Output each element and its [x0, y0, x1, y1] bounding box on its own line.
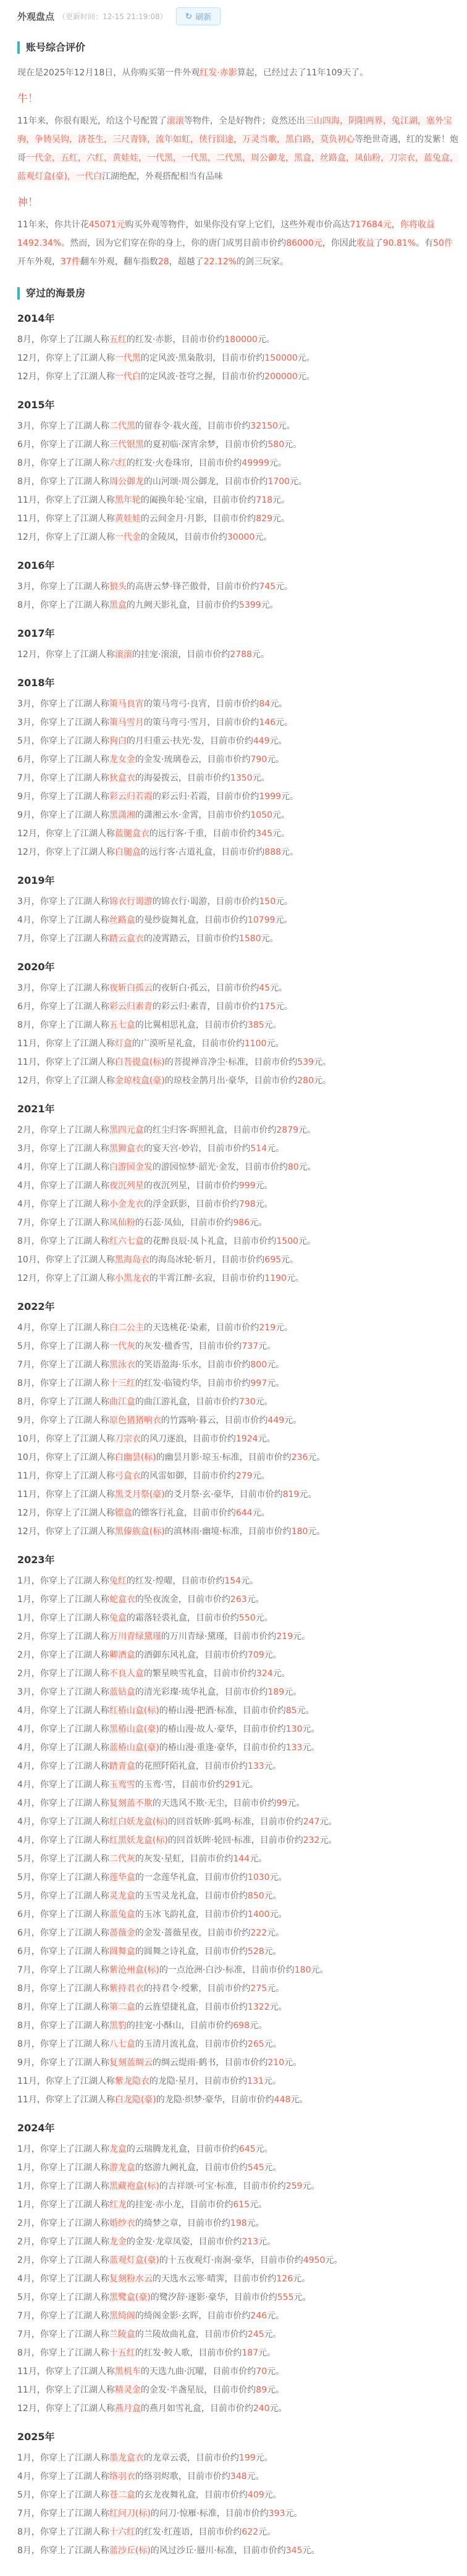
entry-alias: 蓝观灯盒(豪) [109, 2255, 159, 2265]
entry-suffix: 元。 [258, 2237, 276, 2247]
entry-alias: 踏云盒衣 [109, 934, 144, 944]
highlight-text: 50件 [433, 238, 453, 248]
outfit-entry: 5月，你穿上了江湖人称一代灰的灰发·楹香雪，目前市价约737元。 [17, 1337, 461, 1356]
entry-alias: 一代白 [115, 372, 141, 382]
entry-prefix: 6月，你穿上了江湖人称 [17, 1928, 109, 1938]
entry-suffix: 元。 [294, 2293, 311, 2302]
highlight-text: 一代金，五红，六红，黄娃娃，一代黑，一代黑，二代黑，周公御龙，黑盒，丝路盒，凤仙… [17, 153, 458, 182]
section-title-evaluation: 账号综合评价 [17, 41, 461, 54]
outfit-entry: 1月，你穿上了江湖人称墨龙盒衣的龙章云裘，目前市价约199元。 [17, 2449, 461, 2467]
entry-price: 144 [233, 1854, 250, 1864]
entry-suffix: 元。 [264, 1761, 282, 1771]
entry-item: 的锦衣行·谒游，目前市价约 [153, 897, 259, 907]
entry-suffix: 元。 [303, 1743, 320, 1753]
year-heading: 2023年 [17, 1551, 461, 1569]
entry-item: 的策马弯弓·雪月，目前市价约 [144, 718, 259, 728]
outfit-entry: 4月，你穿上了江湖人称红黑妖龙盒(标)的回首妖眸·轮回·标准，目前市价约232元… [17, 1831, 461, 1850]
entry-suffix: 元。 [255, 532, 272, 542]
entry-item: 的海晏拨云，目前市价约 [135, 773, 230, 783]
entry-suffix: 元。 [261, 934, 279, 944]
entry-item: 的回首妖眸·轮回·标准，目前市价约 [168, 1836, 303, 1845]
outfit-entry: 1月，你穿上了江湖人称红龙的挂宠·赤小龙，目前市价约615元。 [17, 2196, 461, 2214]
entry-item: 的定风波·苍穹之握，目前市价约 [141, 372, 264, 382]
entry-item: 的凌霄踏云，目前市价约 [144, 934, 239, 944]
entry-suffix: 元。 [293, 2274, 310, 2284]
outfit-entry: 7月，你穿上了江湖人称紫沧州盒(标)的一点沧洲·白沙·标准，目前市价约180元。 [17, 1961, 461, 1979]
entry-prefix: 4月，你穿上了江湖人称 [17, 1706, 109, 1716]
entry-prefix: 7月，你穿上了江湖人称 [17, 1965, 109, 1975]
year-entries: 3月，你穿上了江湖人称二代黑的留春令·栽火莲，目前市价约32150元。 6月，你… [17, 417, 461, 547]
entry-suffix: 元。 [266, 1039, 284, 1049]
entry-alias: 龙金 [109, 2237, 127, 2247]
entry-alias: 十五红 [109, 2348, 135, 2358]
outfit-entry: 1月，你穿上了江湖人称蛇盒衣的坠夜流金，目前市价约263元。 [17, 1590, 461, 1609]
entry-price: 85 [286, 1706, 297, 1716]
entry-suffix: 元。 [270, 2002, 287, 2012]
outfit-entry: 3月，你穿上了江湖人称黑狮盒衣的宴天宫·妙岩，目前市价约514元。 [17, 1139, 461, 1158]
plain-text: 11年来，你共计花 [17, 220, 89, 230]
entry-prefix: 4月，你穿上了江湖人称 [17, 1724, 109, 1734]
outfit-entry: 4月，你穿上了江湖人称黑椿山盒(豪)的椿山漫·故人·豪华，目前市价约130元。 [17, 1720, 461, 1739]
entry-prefix: 4月，你穿上了江湖人称 [17, 1181, 109, 1191]
entry-price: 5399 [239, 600, 261, 610]
entry-item: 的玉冰飞韵礼盒，目前市价约 [135, 1910, 248, 1919]
entry-price: 210 [267, 2058, 284, 2068]
entry-item: 的一念莲华礼盒，目前市价约 [135, 1873, 248, 1882]
entry-alias: 十三红 [109, 1378, 135, 1388]
entry-alias: 圆舞盒 [109, 1947, 135, 1957]
entry-item: 的天选风不欺·无尘，目前市价约 [153, 1798, 276, 1808]
outfit-entry: 8月，你穿上了江湖人称曲江盒的曲江游礼盒，目前市价约730元。 [17, 1393, 461, 1411]
entry-price: 539 [297, 1057, 314, 1067]
outfit-entry: 4月，你穿上了江湖人称踏青盒的花照阡陌礼盒，目前市价约133元。 [17, 1757, 461, 1776]
entry-price: 4950 [303, 2255, 326, 2265]
entry-suffix: 元。 [284, 2058, 301, 2068]
year-section: 2021年 2月，你穿上了江湖人称黑四元盒的红尘归客·晖照礼盒，目前市价约287… [17, 1100, 461, 1288]
entry-prefix: 4月，你穿上了江湖人称 [17, 2274, 109, 2284]
outfit-entry: 1月，你穿上了江湖人称黑藏袍盒(标)的吉祥颂·可宝·标准，目前市价约259元。 [17, 2177, 461, 2196]
entry-suffix: 元。 [270, 2404, 287, 2414]
entry-price: 89 [256, 2385, 267, 2395]
plain-text: 开车外观， [17, 257, 61, 267]
entry-price: 187 [242, 2348, 258, 2358]
highlight-text: 28 [158, 257, 169, 267]
entry-alias: 紫龙隐衣 [115, 2076, 149, 2086]
entry-item: 的十五夜观灯·南涧·豪华，目前市价约 [159, 2255, 303, 2265]
entry-item: 的挂宠·滚滚，目前市价约 [132, 650, 230, 660]
entry-alias: 弓盒衣 [115, 1471, 141, 1481]
entry-prefix: 1月，你穿上了江湖人称 [17, 2453, 109, 2463]
entry-item: 的椿山漫·把酒·标准，目前市价约 [159, 1706, 286, 1716]
entry-price: 449 [267, 1416, 284, 1425]
entry-alias: 白龙隐(豪) [115, 2095, 156, 2105]
entry-suffix: 元。 [264, 2490, 282, 2500]
entry-suffix: 元。 [270, 1910, 287, 1919]
entry-price: 1100 [245, 1039, 267, 1049]
entry-alias: 黑盒 [109, 600, 127, 610]
entry-item: 的红发·赤影，目前市价约 [127, 335, 224, 345]
entry-item: 的问刀·惊雁·标准，目前市价约 [151, 2509, 269, 2519]
outfit-entry: 8月，你穿上了江湖人称黑盒的九阙天影礼盒，目前市价约5399元。 [17, 596, 461, 615]
page-header: 外观盘点 （更新时间：12-15 21:19:08） ↻ 刷新 [17, 7, 461, 25]
entry-item: 的宴天宫·妙岩，目前市价约 [144, 1144, 250, 1154]
outfit-entry: 11月，你穿上了江湖人称精灵金的金发·半盏星辰，目前市价约89元。 [17, 2381, 461, 2399]
entry-prefix: 3月，你穿上了江湖人称 [17, 699, 109, 709]
outfit-entry: 12月，你穿上了江湖人称滚滚的挂宠·滚滚，目前市价约2788元。 [17, 645, 461, 664]
entry-item: 的金发·琉璃卷云，目前市价约 [135, 755, 250, 765]
entry-price: 154 [224, 1576, 241, 1586]
entry-alias: 莲华盒 [109, 1873, 135, 1882]
entry-suffix: 元。 [293, 1632, 310, 1642]
outfit-entry: 10月，你穿上了江湖人称刀宗衣的风刀逐浪，目前市价约1924元。 [17, 1430, 461, 1448]
outfit-entry: 12月，你穿上了江湖人称黑傣族盒(标)的滇林雨·幽境·标准，目前市价约180元。 [17, 1522, 461, 1541]
entry-suffix: 元。 [314, 1057, 331, 1067]
entry-suffix: 元。 [267, 2385, 284, 2395]
outfit-entry: 3月，你穿上了江湖人称蓝钻盒的清光彩璨·琉华礼盒，目前市价约189元。 [17, 1683, 461, 1701]
entry-alias: 蔷薇金 [109, 1928, 135, 1938]
entry-suffix: 元。 [258, 1341, 276, 1351]
outfit-entry: 11月，你穿上了江湖人称灯盒的广漠听星礼盒，目前市价约1100元。 [17, 1034, 461, 1053]
entry-alias: 卿酒盒 [109, 1650, 135, 1660]
plain-text: 现在是2025年12月18日，从你购买第一件外观 [17, 68, 200, 78]
entry-item: 的九阙天影礼盒，目前市价约 [127, 600, 239, 610]
outfit-entry: 1月，你穿上了江湖人称兔盒的霜落轻裘礼盒，目前市价约550元。 [17, 1609, 461, 1627]
entry-alias: 原色猪猪响衣 [109, 1416, 161, 1425]
entry-price: 790 [250, 755, 267, 765]
entry-item: 的海岛冰轮·斩月，目前市价约 [149, 1255, 264, 1265]
entry-suffix: 元。 [250, 2200, 267, 2210]
entry-price: 324 [256, 1669, 273, 1679]
entry-prefix: 12月，你穿上了江湖人称 [17, 1508, 115, 1518]
entry-price: 1030 [248, 1873, 270, 1882]
section-title-worn: 穿过的海景房 [17, 287, 461, 300]
entry-alias: 一代灰 [109, 1341, 135, 1351]
entry-alias: 金琼枝盒(豪) [115, 1076, 165, 1086]
entry-item: 的圆舞之诗礼盒，目前市价约 [135, 1947, 248, 1957]
year-heading: 2015年 [17, 396, 461, 414]
entry-item: 的燕月如雪礼盒，目前市价约 [141, 2404, 253, 2414]
year-section: 2016年 3月，你穿上了江湖人称狼头的高唐云梦·锋芒傲骨，目前市价约745元。… [17, 556, 461, 615]
outfit-entry: 1月，你穿上了江湖人称兔红的红发·煌曜，目前市价约154元。 [17, 1572, 461, 1590]
entry-price: 622 [242, 2527, 258, 2537]
entry-suffix: 元。 [311, 1965, 329, 1975]
entry-alias: 玉鸾雪 [109, 1780, 135, 1790]
entry-item: 的兰陵故曲礼盒，目前市价约 [135, 2330, 248, 2339]
entry-alias: 黑机车 [115, 2367, 141, 2377]
entry-prefix: 1月，你穿上了江湖人称 [17, 2181, 109, 2191]
outfit-entry: 4月，你穿上了江湖人称小金龙衣的浮金跃影，目前市价约798元。 [17, 1195, 461, 1214]
entry-price: 528 [248, 1947, 264, 1957]
entry-prefix: 5月，你穿上了江湖人称 [17, 1854, 109, 1864]
entry-price: 246 [250, 2311, 267, 2321]
entry-suffix: 元。 [299, 1490, 316, 1500]
plain-text: 江湖绝配，外观搭配相当有品味 [102, 172, 223, 182]
outfit-entry: 11月，你穿上了江湖人称黑年轮的阖换年轮·宝扇，目前市价约718元。 [17, 491, 461, 510]
entry-suffix: 元。 [320, 1817, 337, 1827]
year-section: 2023年 1月，你穿上了江湖人称兔红的红发·煌曜，目前市价约154元。 1月，… [17, 1551, 461, 2109]
year-heading: 2017年 [17, 624, 461, 643]
entry-item: 的远行客·千重，目前市价约 [149, 829, 256, 839]
outfit-entry: 5月，你穿上了江湖人称狗白的月归重云·扶光·发，目前市价约449元。 [17, 732, 461, 750]
entry-alias: 精灵金 [115, 2385, 141, 2395]
entry-prefix: 4月，你穿上了江湖人称 [17, 1323, 109, 1333]
entry-item: 的回首妖眸·狐鸣·标准，目前市价约 [168, 1817, 303, 1827]
entry-item: 的阖换年轮·宝扇，目前市价约 [141, 495, 256, 505]
entry-item: 的爻月祭·玄·豪华，目前市价约 [165, 1490, 283, 1500]
year-section: 2017年 12月，你穿上了江湖人称滚滚的挂宠·滚滚，目前市价约2788元。 [17, 624, 461, 664]
outfit-entry: 5月，你穿上了江湖人称黑鹭盒(豪)的鹭汐辞·逐影·豪华，目前市价约555元。 [17, 2288, 461, 2307]
entry-price: 99 [276, 1798, 287, 1808]
entry-alias: 红白妖龙盒(标) [109, 1817, 168, 1827]
entry-prefix: 7月，你穿上了江湖人称 [17, 1218, 109, 1228]
entry-prefix: 3月，你穿上了江湖人称 [17, 983, 109, 993]
entry-prefix: 2月，你穿上了江湖人称 [17, 2218, 109, 2228]
entry-prefix: 3月，你穿上了江湖人称 [17, 1687, 109, 1697]
outfit-entry: 11月，你穿上了江湖人称黑爻月祭(豪)的爻月祭·玄·豪华，目前市价约819元。 [17, 1485, 461, 1504]
entry-alias: 夜斩白孤云 [109, 983, 153, 993]
entry-alias: 狼头 [109, 582, 127, 592]
entry-prefix: 8月，你穿上了江湖人称 [17, 1236, 109, 1246]
entry-prefix: 8月，你穿上了江湖人称 [17, 2002, 109, 2012]
entry-alias: 红黑妖龙盒(标) [109, 1836, 168, 1845]
entry-alias: 狄盒衣 [109, 773, 135, 783]
entry-item: 的花照阡陌礼盒，目前市价约 [135, 1761, 248, 1771]
entry-alias: 五七盒 [109, 1020, 135, 1030]
entry-alias: 蛇盒衣 [109, 1595, 135, 1605]
entry-prefix: 8月，你穿上了江湖人称 [17, 600, 109, 610]
entry-item: 的金发·龙章凤姿，目前市价约 [127, 2237, 242, 2247]
entry-suffix: 元。 [253, 1471, 270, 1481]
entry-price: 1350 [230, 773, 253, 783]
entry-suffix: 元。 [314, 1076, 331, 1086]
outfit-entry: 8月，你穿上了江湖人称第二盒的云旌望捷礼盒，目前市价约1322元。 [17, 1998, 461, 2016]
entry-item: 的吉祥颂·可宝·标准，目前市价约 [159, 2181, 286, 2191]
entry-alias: 游龙盒 [109, 2163, 135, 2173]
entry-suffix: 元。 [267, 2311, 284, 2321]
entry-suffix: 元。 [256, 2144, 273, 2154]
outfit-entry: 6月，你穿上了江湖人称彩云归素青的彩云归·素青，目前市价约175元。 [17, 997, 461, 1016]
entry-prefix: 1月，你穿上了江湖人称 [17, 2144, 109, 2154]
entry-item: 的天选九曲·沉曜，目前市价约 [141, 2367, 256, 2377]
entry-item: 的广漠听星礼盒，目前市价约 [132, 1039, 245, 1049]
entry-alias: 策马良宵 [109, 699, 144, 709]
evaluation-intro: 现在是2025年12月18日，从你购买第一件外观红发·赤影算起，已经过去了11年… [17, 64, 461, 82]
entry-suffix: 元。 [275, 915, 292, 925]
entry-price: 997 [250, 1378, 267, 1388]
entry-alias: 婚纱衣 [109, 2218, 135, 2228]
entry-price: 1500 [276, 1236, 298, 1246]
entry-suffix: 元。 [258, 1434, 275, 1444]
year-heading: 2018年 [17, 674, 461, 692]
entry-item: 的龙隐·织梦·豪华，目前市价约 [156, 2095, 274, 2105]
outfit-entry: 4月，你穿上了江湖人称白二公主的天选桃花·染素，目前市价约219元。 [17, 1319, 461, 1337]
entry-price: 275 [250, 1984, 267, 1994]
outfit-entry: 12月，你穿上了江湖人称蓝腿盒衣的远行客·千重，目前市价约345元。 [17, 824, 461, 843]
entry-price: 245 [248, 2330, 264, 2339]
outfit-entry: 4月，你穿上了江湖人称复刻蓝不欺的天选风不欺·无尘，目前市价约99元。 [17, 1794, 461, 1813]
entry-item: 的琼枝金鹊月出·豪华，目前市价约 [165, 1076, 297, 1086]
entry-prefix: 8月，你穿上了江湖人称 [17, 2348, 109, 2358]
entry-item: 的万川青绿·黛瑾，目前市价约 [161, 1632, 276, 1642]
entry-price: 10799 [248, 915, 276, 925]
plain-text: 了 [374, 238, 383, 248]
entry-prefix: 12月，你穿上了江湖人称 [17, 650, 115, 660]
outfit-entry: 7月，你穿上了江湖人称红问刀(标)的问刀·惊雁·标准，目前市价约393元。 [17, 2504, 461, 2523]
entry-suffix: 元。 [320, 1836, 337, 1845]
entry-suffix: 元。 [284, 1416, 301, 1425]
entry-price: 850 [248, 1891, 264, 1901]
entry-alias: 墨龙盒衣 [109, 2453, 144, 2463]
entry-prefix: 2月，你穿上了江湖人称 [17, 1650, 109, 1660]
refresh-button[interactable]: ↻ 刷新 [176, 7, 221, 25]
entry-prefix: 8月，你穿上了江湖人称 [17, 1020, 109, 1030]
entry-price: 345 [286, 2546, 303, 2556]
entry-prefix: 5月，你穿上了江湖人称 [17, 1891, 109, 1901]
entry-price: 200000 [264, 372, 297, 382]
entry-price: 133 [286, 1743, 303, 1753]
entry-price: 718 [256, 495, 272, 505]
entry-alias: 不良人盒 [109, 1669, 144, 1679]
year-section: 2019年 3月，你穿上了江湖人称锦衣行谒游的锦衣行·谒游，目前市价约150元。… [17, 871, 461, 948]
entry-alias: 灯盒 [115, 1039, 132, 1049]
entry-prefix: 4月，你穿上了江湖人称 [17, 1836, 109, 1845]
entry-suffix: 元。 [272, 810, 290, 820]
entry-alias: 万川青绿黛瑾 [109, 1632, 161, 1642]
entry-prefix: 1月，你穿上了江湖人称 [17, 1595, 109, 1605]
refresh-icon: ↻ [185, 12, 193, 21]
highlight-text: 717684元 [350, 220, 391, 230]
outfit-entry: 2月，你穿上了江湖人称万川青绿黛瑾的万川青绿·黛瑾，目前市价约219元。 [17, 1627, 461, 1646]
outfit-entry: 9月，你穿上了江湖人称黑潇湘的潇湘云水·金霄，目前市价约1050元。 [17, 806, 461, 824]
outfit-entry: 2月，你穿上了江湖人称不良人盒的繁星映雪礼盒，目前市价约324元。 [17, 1664, 461, 1683]
entry-prefix: 12月，你穿上了江湖人称 [17, 353, 115, 363]
entry-alias: 龙女金 [109, 755, 135, 765]
entry-prefix: 5月，你穿上了江湖人称 [17, 2490, 109, 2500]
entry-suffix: 元。 [264, 2163, 282, 2173]
entry-suffix: 元。 [298, 1125, 316, 1135]
outfit-entry: 3月，你穿上了江湖人称策马雪月的策马弯弓·雪月，目前市价约146元。 [17, 713, 461, 732]
outfit-inventory-page: 外观盘点 （更新时间：12-15 21:19:08） ↻ 刷新 账号综合评价 现… [0, 0, 467, 2576]
entry-prefix: 4月，你穿上了江湖人称 [17, 1798, 109, 1808]
entry-prefix: 8月，你穿上了江湖人称 [17, 477, 109, 487]
outfit-entry: 11月，你穿上了江湖人称白龙隐(豪)的龙隐·织梦·豪华，目前市价约448元。 [17, 2091, 461, 2109]
year-heading: 2020年 [17, 958, 461, 976]
entry-alias: 兰陵盒 [109, 2330, 135, 2339]
entry-alias: 狗白 [109, 736, 127, 746]
entry-price: 219 [276, 1632, 293, 1642]
outfit-entry: 12月，你穿上了江湖人称小黑龙衣的半霄江醉·玄寂，目前市价约1190元。 [17, 1269, 461, 1288]
entry-item: 的花醉良辰·凤卜礼盒，目前市价约 [144, 1236, 276, 1246]
entry-prefix: 6月，你穿上了江湖人称 [17, 1910, 109, 1919]
entry-suffix: 元。 [272, 514, 290, 524]
entry-alias: 彩云归若霞 [109, 792, 153, 802]
entry-prefix: 4月，你穿上了江湖人称 [17, 1761, 109, 1771]
outfit-entry: 10月，你穿上了江湖人称白幽昙(标)的幽昙月影·琼玉·标准，目前市价约236元。 [17, 1448, 461, 1467]
entry-suffix: 元。 [298, 1236, 316, 1246]
entry-price: 213 [242, 2237, 258, 2247]
entry-price: 745 [259, 582, 276, 592]
entry-alias: 八七盒 [109, 2039, 135, 2049]
year-entries: 4月，你穿上了江湖人称白二公主的天选桃花·染素，目前市价约219元。 5月，你穿… [17, 1319, 461, 1541]
entry-price: 263 [230, 1595, 247, 1605]
entry-alias: 白腿盒 [115, 847, 141, 857]
entry-prefix: 7月，你穿上了江湖人称 [17, 2509, 109, 2519]
entry-item: 的夜斩白·孤云，目前市价约 [153, 983, 259, 993]
entry-alias: 红六七盒 [109, 1236, 144, 1246]
entry-alias: 五红 [109, 335, 127, 345]
entry-prefix: 12月，你穿上了江湖人称 [17, 372, 115, 382]
entry-alias: 蓝沙丘(标) [109, 2546, 151, 2556]
outfit-entry: 10月，你穿上了江湖人称黑海岛衣的海岛冰轮·斩月，目前市价约695元。 [17, 1251, 461, 1269]
outfit-entry: 8月，你穿上了江湖人称红六七盒的花醉良辰·凤卜礼盒，目前市价约1500元。 [17, 1232, 461, 1251]
entry-price: 49999 [242, 458, 269, 468]
entry-prefix: 3月，你穿上了江湖人称 [17, 897, 109, 907]
entry-price: 1580 [239, 934, 261, 944]
outfit-entry: 12月，你穿上了江湖人称一代白的定风波·苍穹之握，目前市价约200000元。 [17, 367, 461, 386]
entry-prefix: 11月，你穿上了江湖人称 [17, 514, 115, 524]
year-section: 2014年 8月，你穿上了江湖人称五红的红发·赤影，目前市价约180000元。 … [17, 309, 461, 386]
entry-alias: 小金龙衣 [109, 1199, 144, 1209]
outfit-entry: 6月，你穿上了江湖人称三代银黑的夏初临·深宵余梦，目前市价约580元。 [17, 435, 461, 454]
entry-alias: 丝路盒 [109, 915, 135, 925]
entry-suffix: 元。 [261, 600, 279, 610]
outfit-entry: 2月，你穿上了江湖人称黑四元盒的红尘归客·晖照礼盒，目前市价约2879元。 [17, 1121, 461, 1139]
entry-prefix: 4月，你穿上了江湖人称 [17, 1743, 109, 1753]
entry-suffix: 元。 [284, 1687, 301, 1697]
entry-prefix: 3月，你穿上了江湖人称 [17, 421, 109, 431]
entry-price: 800 [250, 1360, 267, 1370]
outfit-entry: 2月，你穿上了江湖人称婚纱衣的绮梦之章，目前市价约198元。 [17, 2214, 461, 2233]
highlight-text: 86000元 [286, 238, 322, 248]
entry-price: 265 [248, 2039, 264, 2049]
entry-prefix: 6月，你穿上了江湖人称 [17, 1947, 109, 1957]
outfit-entry: 4月，你穿上了江湖人称丝路盒的曼纱旋舞礼盒，目前市价约10799元。 [17, 911, 461, 929]
entry-suffix: 元。 [270, 699, 287, 709]
outfit-entry: 3月，你穿上了江湖人称狼头的高唐云梦·锋芒傲骨，目前市价约745元。 [17, 577, 461, 596]
entry-suffix: 元。 [267, 1144, 284, 1154]
entry-prefix: 8月，你穿上了江湖人称 [17, 1378, 109, 1388]
entry-suffix: 元。 [256, 2453, 273, 2463]
entry-suffix: 元。 [269, 458, 287, 468]
entry-prefix: 7月，你穿上了江湖人称 [17, 2311, 109, 2321]
entry-prefix: 5月，你穿上了江湖人称 [17, 1341, 109, 1351]
entry-price: 449 [253, 736, 270, 746]
entry-price: 198 [230, 2218, 247, 2228]
entry-suffix: 元。 [281, 847, 298, 857]
entry-item: 的浮金跃影，目前市价约 [144, 1199, 239, 1209]
entry-item: 的风刀逐浪，目前市价约 [141, 1434, 236, 1444]
entry-prefix: 1月，你穿上了江湖人称 [17, 1613, 109, 1623]
entry-alias: 黑泳衣 [109, 1360, 135, 1370]
entry-item: 的策马弯弓·良宵，目前市价约 [144, 699, 259, 709]
outfit-entry: 1月，你穿上了江湖人称游龙盒的悠游九阙礼盒，目前市价约545元。 [17, 2159, 461, 2177]
entry-suffix: 元。 [247, 2218, 264, 2228]
entry-suffix: 元。 [258, 2348, 276, 2358]
entry-item: 的夜沉列星，目前市价约 [144, 1181, 239, 1191]
entry-price: 1322 [248, 2002, 270, 2012]
plain-text: 算起，已经过去了11年109天了。 [237, 68, 369, 78]
entry-alias: 刀宗衣 [115, 1434, 141, 1444]
entry-suffix: 元。 [267, 755, 284, 765]
entry-price: 888 [264, 847, 281, 857]
updated-time: （更新时间：12-15 21:19:08） [58, 11, 167, 22]
entry-item: 的红发·红莲语，目前市价约 [135, 2527, 242, 2537]
entry-alias: 燕月盒 [115, 2404, 141, 2414]
year-entries: 1月，你穿上了江湖人称兔红的红发·煌曜，目前市价约154元。 1月，你穿上了江湖… [17, 1572, 461, 2109]
entry-prefix: 8月，你穿上了江湖人称 [17, 458, 109, 468]
entry-item: 的潇湘云水·金霄，目前市价约 [135, 810, 250, 820]
entry-item: 的酒御东风礼盒，目前市价约 [135, 1650, 248, 1660]
